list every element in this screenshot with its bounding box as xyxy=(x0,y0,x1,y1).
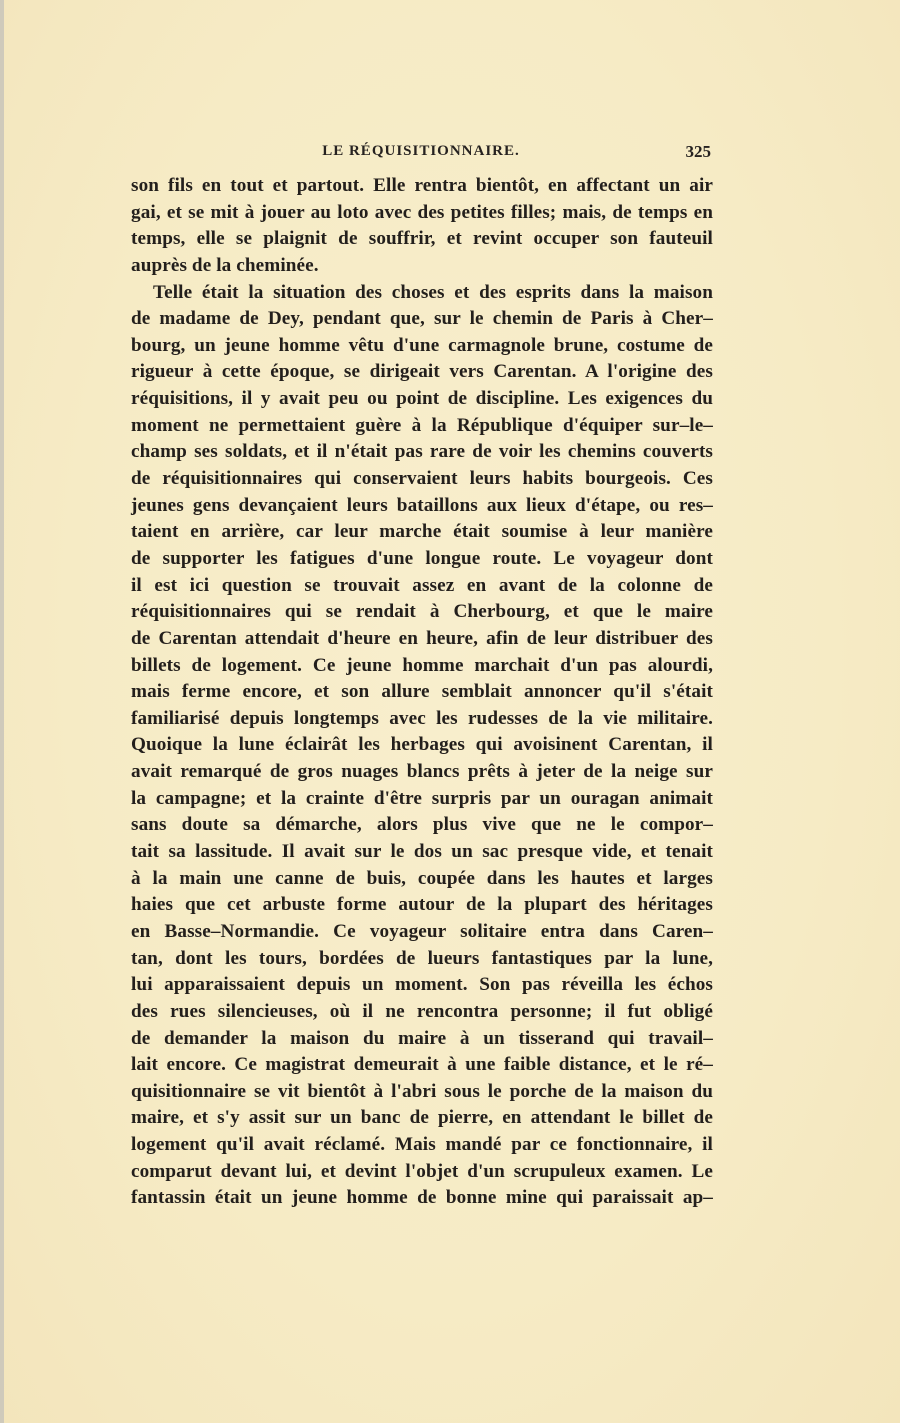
text-line: avait remarqué de gros nuages blancs prê… xyxy=(131,759,713,786)
text-line: il est ici question se trouvait assez en… xyxy=(131,573,713,600)
text-line: tait sa lassitude. Il avait sur le dos u… xyxy=(131,839,713,866)
text-line: auprès de la cheminée. xyxy=(131,253,713,280)
text-line: gai, et se mit à jouer au loto avec des … xyxy=(131,200,713,227)
text-line: tan, dont les tours, bordées de lueurs f… xyxy=(131,946,713,973)
text-line: de Carentan attendait d'heure en heure, … xyxy=(131,626,713,653)
text-line: la campagne; et la crainte d'être surpri… xyxy=(131,786,713,813)
text-line: à la main une canne de buis, coupée dans… xyxy=(131,866,713,893)
text-line: jeunes gens devançaient leurs bataillons… xyxy=(131,493,713,520)
text-line: lait encore. Ce magistrat demeurait à un… xyxy=(131,1052,713,1079)
page-edge xyxy=(0,0,4,1423)
text-line: fantassin était un jeune homme de bonne … xyxy=(131,1185,713,1212)
text-line: haies que cet arbuste forme autour de la… xyxy=(131,892,713,919)
text-line: bourg, un jeune homme vêtu d'une carmagn… xyxy=(131,333,713,360)
text-line: sans doute sa démarche, alors plus vive … xyxy=(131,812,713,839)
text-line: comparut devant lui, et devint l'objet d… xyxy=(131,1159,713,1186)
text-line: familiarisé depuis longtemps avec les ru… xyxy=(131,706,713,733)
text-line: rigueur à cette époque, se dirigeait ver… xyxy=(131,359,713,386)
page-number: 325 xyxy=(686,142,712,162)
text-line: mais ferme encore, et son allure semblai… xyxy=(131,679,713,706)
text-line: billets de logement. Ce jeune homme marc… xyxy=(131,653,713,680)
text-line: de supporter les fatigues d'une longue r… xyxy=(131,546,713,573)
text-line: champ ses soldats, et il n'était pas rar… xyxy=(131,439,713,466)
text-line: lui apparaissaient depuis un moment. Son… xyxy=(131,972,713,999)
text-line: des rues silencieuses, où il ne rencontr… xyxy=(131,999,713,1026)
text-line: son fils en tout et partout. Elle rentra… xyxy=(131,173,713,200)
text-line: maire, et s'y assit sur un banc de pierr… xyxy=(131,1105,713,1132)
book-page: LE RÉQUISITIONNAIRE. 325 son fils en tou… xyxy=(0,0,900,1423)
text-line: en Basse–Normandie. Ce voyageur solitair… xyxy=(131,919,713,946)
running-title: LE RÉQUISITIONNAIRE. xyxy=(131,143,711,160)
running-header: LE RÉQUISITIONNAIRE. 325 xyxy=(131,143,711,167)
text-line: réquisitionnaires qui se rendait à Cherb… xyxy=(131,599,713,626)
text-line: quisitionnaire se vit bientôt à l'abri s… xyxy=(131,1079,713,1106)
text-line: réquisitions, il y avait peu ou point de… xyxy=(131,386,713,413)
body-text: son fils en tout et partout. Elle rentra… xyxy=(131,173,713,1212)
text-line: logement qu'il avait réclamé. Mais mandé… xyxy=(131,1132,713,1159)
text-line: moment ne permettaient guère à la Républ… xyxy=(131,413,713,440)
text-line: Quoique la lune éclairât les herbages qu… xyxy=(131,732,713,759)
text-line: temps, elle se plaignit de souffrir, et … xyxy=(131,226,713,253)
text-line: de réquisitionnaires qui conservaient le… xyxy=(131,466,713,493)
text-line: de madame de Dey, pendant que, sur le ch… xyxy=(131,306,713,333)
text-line: de demander la maison du maire à un tiss… xyxy=(131,1026,713,1053)
paragraph-first-line: Telle était la situation des choses et d… xyxy=(131,280,713,307)
text-line: taient en arrière, car leur marche était… xyxy=(131,519,713,546)
